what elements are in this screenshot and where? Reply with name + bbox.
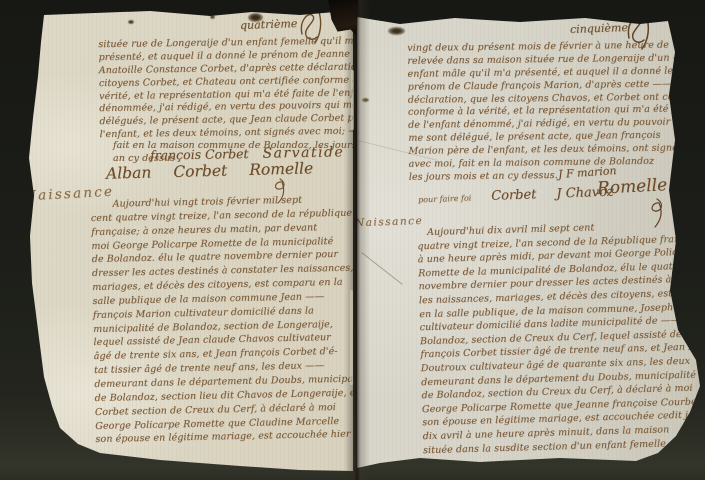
gutter-page-edge: [351, 70, 354, 130]
signature-alban: Alban: [106, 164, 152, 183]
right-birth-act-text: Aujourd'hui dix avril mil sept centquatr…: [417, 218, 705, 457]
ink-stain: [128, 20, 134, 24]
signature-corbet: Corbet: [173, 162, 227, 181]
signature-corbet: Corbet: [491, 187, 537, 204]
right-signature-row: pour faire foi Corbet J Chavoz: [418, 185, 614, 207]
ink-stain: [248, 13, 263, 22]
ink-stain: [210, 15, 215, 19]
signature-francois-corbet: françois Corbet: [150, 146, 249, 163]
right-folio-label: cinquième: [570, 21, 628, 36]
signature-note: pour faire foi: [418, 194, 471, 205]
gutter-page-edge: [350, 290, 353, 385]
signature-romelle: Romelle: [597, 175, 668, 199]
left-birth-act-text: Aujourd'hui vingt trois février mil sept…: [90, 192, 385, 447]
right-act-text: vingt deux du présent mois de février à …: [407, 39, 704, 184]
signature-romelle: Romelle: [249, 159, 313, 179]
book-spine: [344, 0, 370, 480]
scan-background: quatrième située rue de Longeraije d'un …: [0, 0, 705, 480]
ink-stain: [388, 27, 405, 35]
